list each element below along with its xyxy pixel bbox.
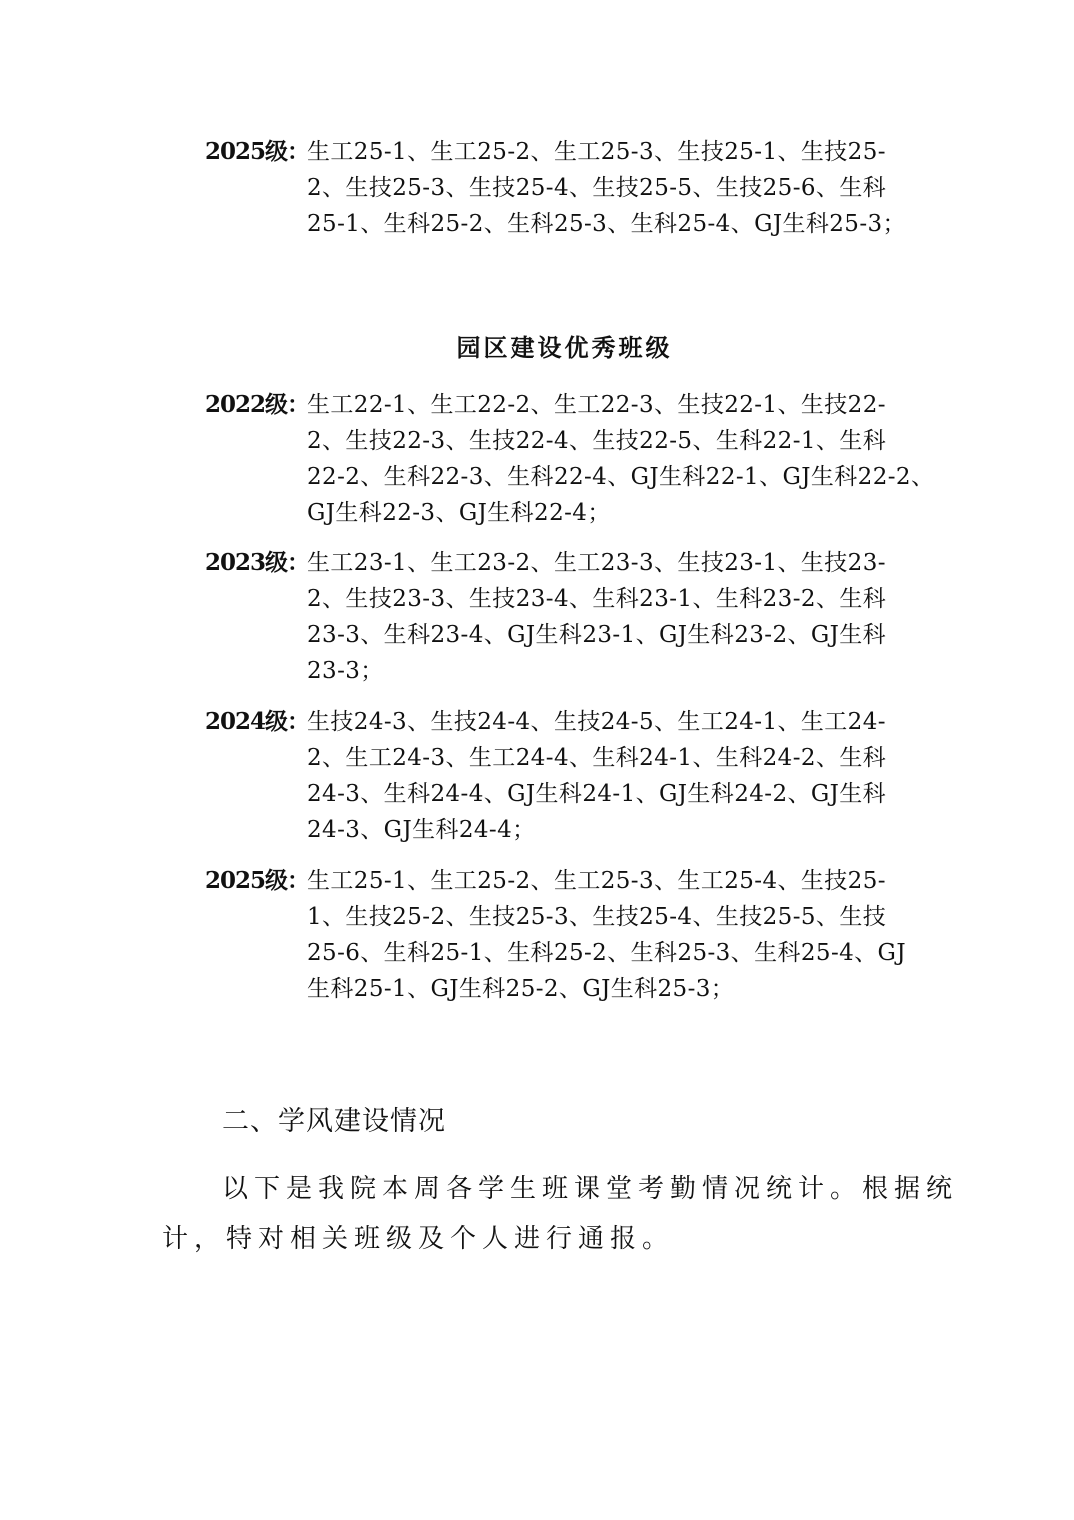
class-list-line: 25-6、生科25-1、生科25-2、生科25-3、生科25-4、GJ <box>307 935 906 971</box>
grade-label: 2023级： <box>205 545 309 581</box>
section-title-park-construction: 园区建设优秀班级 <box>0 330 1074 366</box>
class-list-line: 25-1、生科25-2、生科25-3、生科25-4、GJ生科25-3； <box>307 206 906 242</box>
document-page: 2025级： 生工25-1、生工25-2、生工25-3、生技25-1、生技25-… <box>0 0 1074 1520</box>
class-list-line: 24-3、生科24-4、GJ生科24-1、GJ生科24-2、GJ生科 <box>307 776 886 812</box>
class-list: 生工23-1、生工23-2、生工23-3、生技23-1、生技23- 2、生技23… <box>307 545 886 689</box>
class-list-line: 生工23-1、生工23-2、生工23-3、生技23-1、生技23- <box>307 545 886 581</box>
class-list-line: 生工22-1、生工22-2、生工22-3、生技22-1、生技22- <box>307 387 934 423</box>
paragraph-line: 以下是我院本周各学生班课堂考勤情况统计。根据统 <box>222 1169 958 1209</box>
grade-label: 2024级： <box>205 704 309 740</box>
class-list: 生工22-1、生工22-2、生工22-3、生技22-1、生技22- 2、生技22… <box>307 387 934 531</box>
grade-label: 2022级： <box>205 387 309 423</box>
grade-label: 2025级： <box>205 134 309 170</box>
class-list-line: 22-2、生科22-3、生科22-4、GJ生科22-1、GJ生科22-2、 <box>307 459 934 495</box>
class-list-line: 23-3； <box>307 653 886 689</box>
grade-label: 2025级： <box>205 863 309 899</box>
class-list-line: 23-3、生科23-4、GJ生科23-1、GJ生科23-2、GJ生科 <box>307 617 886 653</box>
class-list-line: GJ生科22-3、GJ生科22-4； <box>307 495 934 531</box>
class-list-line: 生科25-1、GJ生科25-2、GJ生科25-3； <box>307 971 906 1007</box>
class-list-line: 2、生技25-3、生技25-4、生技25-5、生技25-6、生科 <box>307 170 906 206</box>
class-list-line: 2、生技23-3、生技23-4、生科23-1、生科23-2、生科 <box>307 581 886 617</box>
class-list-line: 1、生技25-2、生技25-3、生技25-4、生技25-5、生技 <box>307 899 906 935</box>
class-list-line: 生工25-1、生工25-2、生工25-3、生技25-1、生技25- <box>307 134 906 170</box>
class-list-line: 2、生工24-3、生工24-4、生科24-1、生科24-2、生科 <box>307 740 886 776</box>
section-heading-study-style: 二、学风建设情况 <box>222 1102 446 1142</box>
paragraph-line: 计，特对相关班级及个人进行通报。 <box>162 1219 674 1259</box>
class-list-line: 2、生技22-3、生技22-4、生技22-5、生科22-1、生科 <box>307 423 934 459</box>
class-list-line: 生工25-1、生工25-2、生工25-3、生工25-4、生技25- <box>307 863 906 899</box>
class-list: 生工25-1、生工25-2、生工25-3、生工25-4、生技25- 1、生技25… <box>307 863 906 1007</box>
class-list-line: 24-3、GJ生科24-4； <box>307 812 886 848</box>
class-list: 生工25-1、生工25-2、生工25-3、生技25-1、生技25- 2、生技25… <box>307 134 906 242</box>
class-list: 生技24-3、生技24-4、生技24-5、生工24-1、生工24- 2、生工24… <box>307 704 886 848</box>
class-list-line: 生技24-3、生技24-4、生技24-5、生工24-1、生工24- <box>307 704 886 740</box>
